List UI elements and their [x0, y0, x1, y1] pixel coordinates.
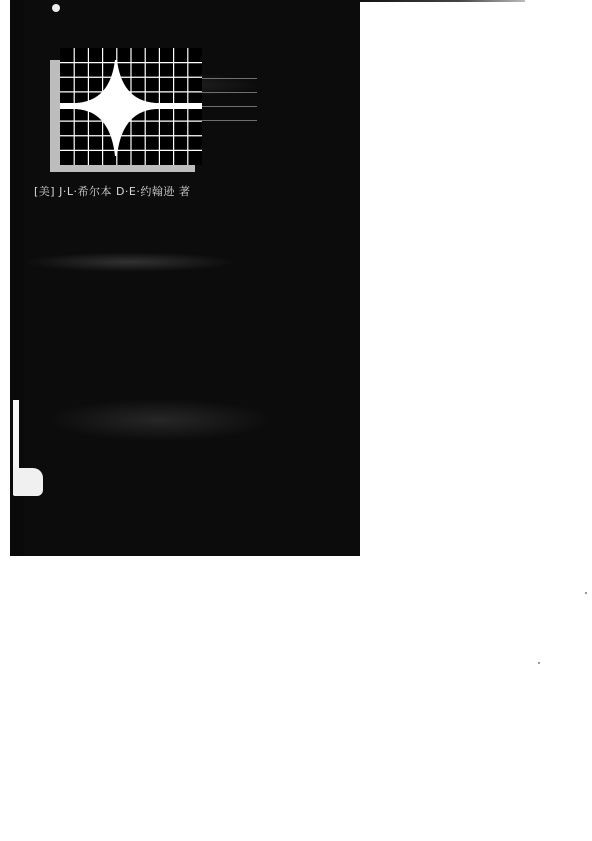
author-line: [美] J·L·希尔本 D·E·约翰逊 著 [34, 183, 190, 199]
scan-speck [538, 662, 540, 664]
decorative-trace-lines [202, 78, 257, 138]
book-cover: [美] J·L·希尔本 D·E·约翰逊 著 [10, 0, 360, 556]
scan-speck [585, 592, 587, 594]
waveform-graphic [60, 48, 202, 165]
book-title [65, 245, 325, 275]
corner-mark [52, 4, 60, 12]
oscilloscope-illustration [50, 48, 202, 173]
library-sticker [13, 468, 43, 496]
scope-screen [60, 48, 202, 165]
scan-edge-line [360, 0, 525, 2]
page-margin [0, 0, 10, 540]
